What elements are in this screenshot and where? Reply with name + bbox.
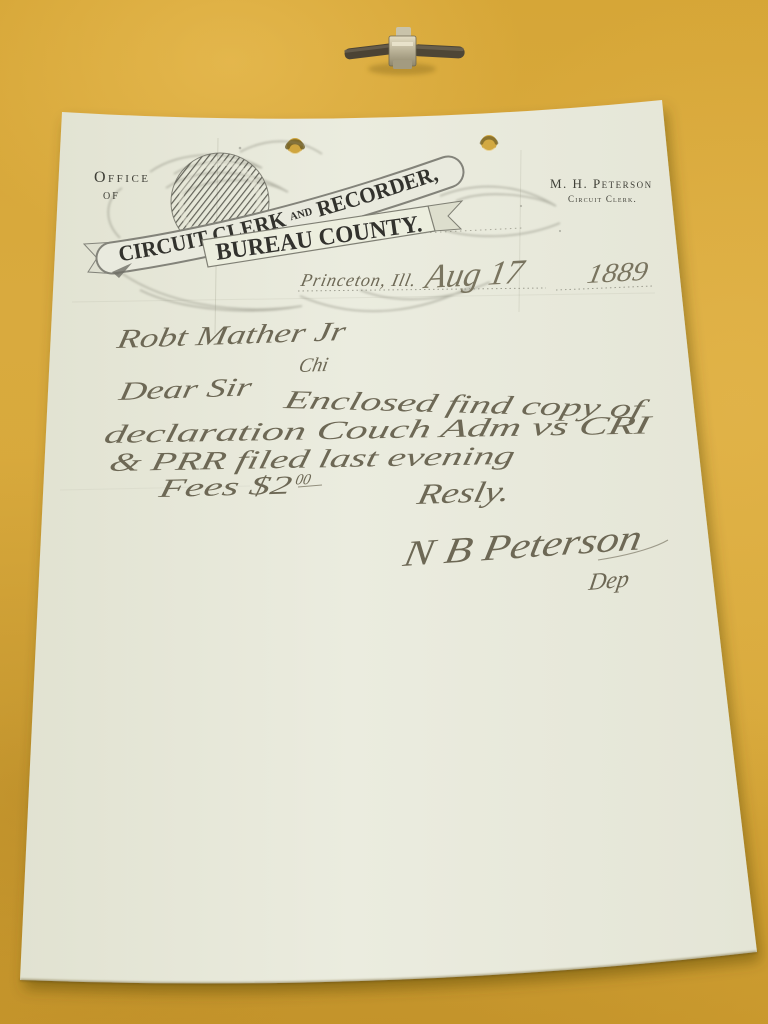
closing: Resly. — [413, 476, 513, 511]
of-label: of — [103, 188, 120, 203]
salutation: Dear Sir — [115, 372, 255, 406]
metal-clasp — [344, 27, 465, 75]
office-label: Office — [94, 169, 151, 186]
clerk-name: M. H. Peterson — [550, 176, 653, 191]
punch-hole-right — [481, 135, 497, 151]
addressee-city: Chi — [297, 354, 330, 377]
photo-frame: CIRCUIT CLERK AND RECORDER, BUREAU COUNT… — [0, 0, 768, 1024]
clasp-bottom-tab — [393, 60, 412, 69]
clerk-title: Circuit Clerk. — [568, 194, 637, 204]
clasp-plate-highlight — [392, 42, 413, 46]
dateline-date: Aug 17 — [420, 253, 528, 296]
dateline-place: Princeton, Ill. — [298, 270, 419, 290]
punch-hole-left — [287, 138, 303, 154]
dateline-year: 1889 — [585, 256, 651, 289]
letter-photo: CIRCUIT CLERK AND RECORDER, BUREAU COUNT… — [0, 0, 768, 1024]
signature-title: Dep — [586, 565, 631, 596]
